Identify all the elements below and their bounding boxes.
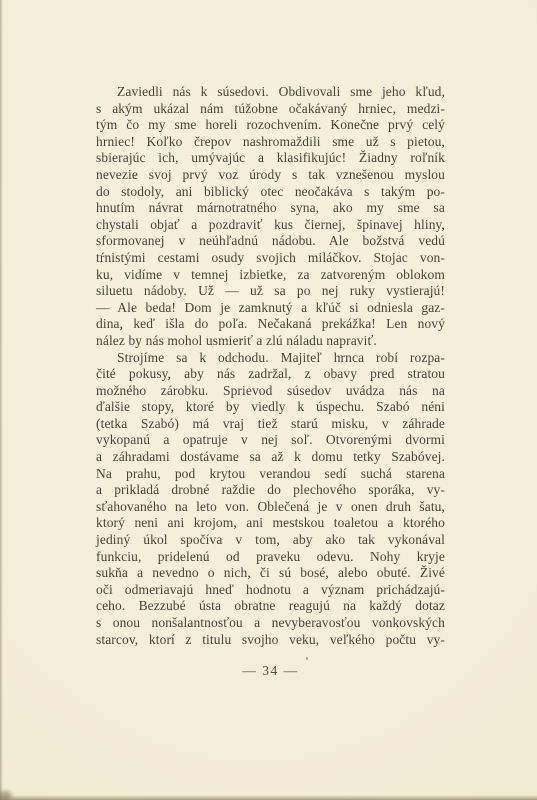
text-line: — Ale beda! Dom je zamknutý a kľúč si od… [96,300,445,317]
text-line: sťahovaného na leto von. Oblečená je v o… [96,499,445,516]
page-text: Zaviedli nás k súsedovi. Obdivovali sme … [96,84,445,648]
text-line: chystali objať a pozdraviť kus čiernej, … [96,217,445,234]
text-line: nález by nás mohol usmieriť a zlú náladu… [96,333,445,350]
text-line: Na prahu, pod krytou verandou sedí suchá… [96,466,445,483]
text-line: nevezie svoj prvý voz úrody s tak vzneše… [96,167,445,184]
paper-speck [306,657,308,660]
page-left-edge-shading [0,0,3,800]
text-line: vykopanú a opatruje v nej soľ. Otvoreným… [96,432,445,449]
text-line: hrniec! Koľko črepov nashromaždili sme u… [96,134,445,151]
text-line: starcov, ktorí z titulu svojho veku, veľ… [96,632,445,649]
text-paragraph: Zaviedli nás k súsedovi. Obdivovali sme … [96,84,445,350]
text-line: Zaviedli nás k súsedovi. Obdivovali sme … [96,84,445,101]
text-line: (tetka Szabó) má vraj tiež starú misku, … [96,416,445,433]
text-line: sbierajúc ich, umývajúc a klasifikujúc! … [96,150,445,167]
text-line: jediný úkol spočíva v tom, aby ako tak v… [96,532,445,549]
text-line: siluetu nádoby. Už — už sa po nej ruky v… [96,283,445,300]
page-corner-smudge [0,791,12,800]
text-line: možného zárobku. Sprievod súsedov uvádza… [96,383,445,400]
text-line: ceho. Bezzubé ústa obratne reagujú na ka… [96,598,445,615]
text-line: s akým ukázal nám túžobne očakávaný hrni… [96,101,445,118]
text-line: ktorý neni ani krojom, ani mestskou toal… [96,515,445,532]
text-line: sformovanej v neúhľadnú nádobu. Ale božs… [96,233,445,250]
text-line: a prikladá drobné raždie do plechového s… [96,482,445,499]
book-page: Zaviedli nás k súsedovi. Obdivovali sme … [0,0,537,800]
text-line: ku, vidíme v temnej izbietke, za zatvore… [96,267,445,284]
page-text-block: Zaviedli nás k súsedovi. Obdivovali sme … [96,84,445,680]
text-line: hnutím návrat márnotratného syna, ako my… [96,200,445,217]
text-line: sukňa a nevedno o nich, či sú bosé, aleb… [96,565,445,582]
text-line: funkciu, pridelenú od praveku odevu. Noh… [96,549,445,566]
text-line: Strojíme sa k odchodu. Majiteľ hrnca rob… [96,350,445,367]
text-paragraph: Strojíme sa k odchodu. Majiteľ hrnca rob… [96,350,445,649]
text-line: tŕnistými cestami osudy svojich miláčkov… [96,250,445,267]
text-line: čité pokusy, aby nás zadržal, z obavy pr… [96,366,445,383]
text-line: ďalšie stopy, ktoré by viedly k úspechu.… [96,399,445,416]
page-bottom-edge-shading [0,795,537,800]
text-line: dina, keď išla do poľa. Nečakaná prekážk… [96,316,445,333]
text-line: oči odmeriavajú hneď hodnotu a význam pr… [96,582,445,599]
text-line: s onou nonšalantnosťou a nevyberavosťou … [96,615,445,632]
text-line: tým čo my sme horeli rozochvením. Konečn… [96,117,445,134]
text-line: a záhradami dostávame sa až k domu tetky… [96,449,445,466]
text-line: do stodoly, ani biblický otec neočakáva … [96,184,445,201]
page-number: — 34 — [96,663,445,680]
